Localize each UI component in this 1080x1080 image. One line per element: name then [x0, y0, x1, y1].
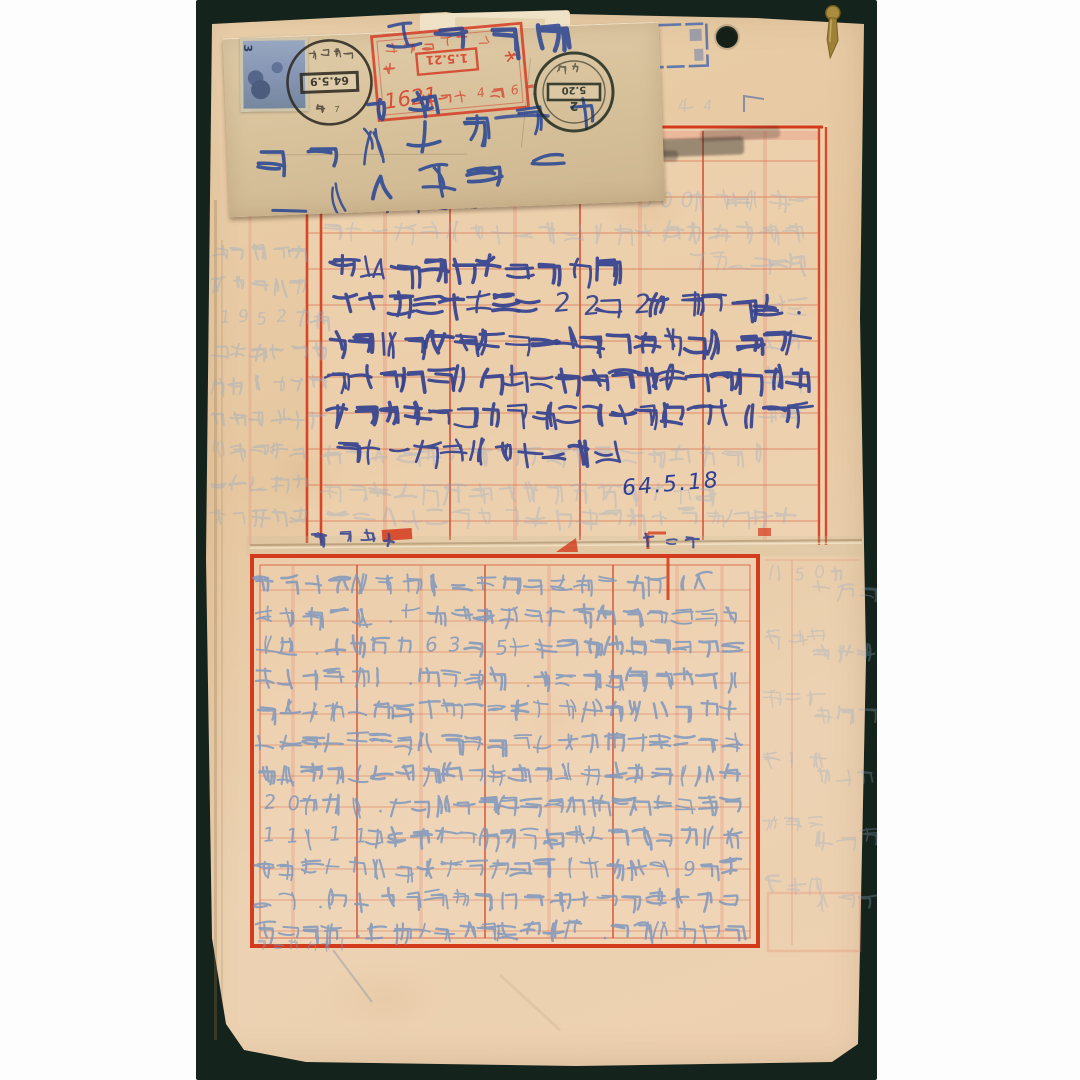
postmark-right-index: 2	[570, 99, 578, 113]
punch-hole	[716, 26, 738, 48]
blue-bracket-mark	[744, 96, 764, 112]
over-envelope-marks	[0, 0, 1080, 1080]
brass-fastener-icon	[818, 2, 858, 66]
postmark-right-date: 5.20	[561, 84, 586, 96]
postmark-right-icon: 5.20 2	[528, 48, 624, 144]
document-scan: 3001952504 2090 48 2226352011119 64.5.18…	[0, 0, 1080, 1080]
